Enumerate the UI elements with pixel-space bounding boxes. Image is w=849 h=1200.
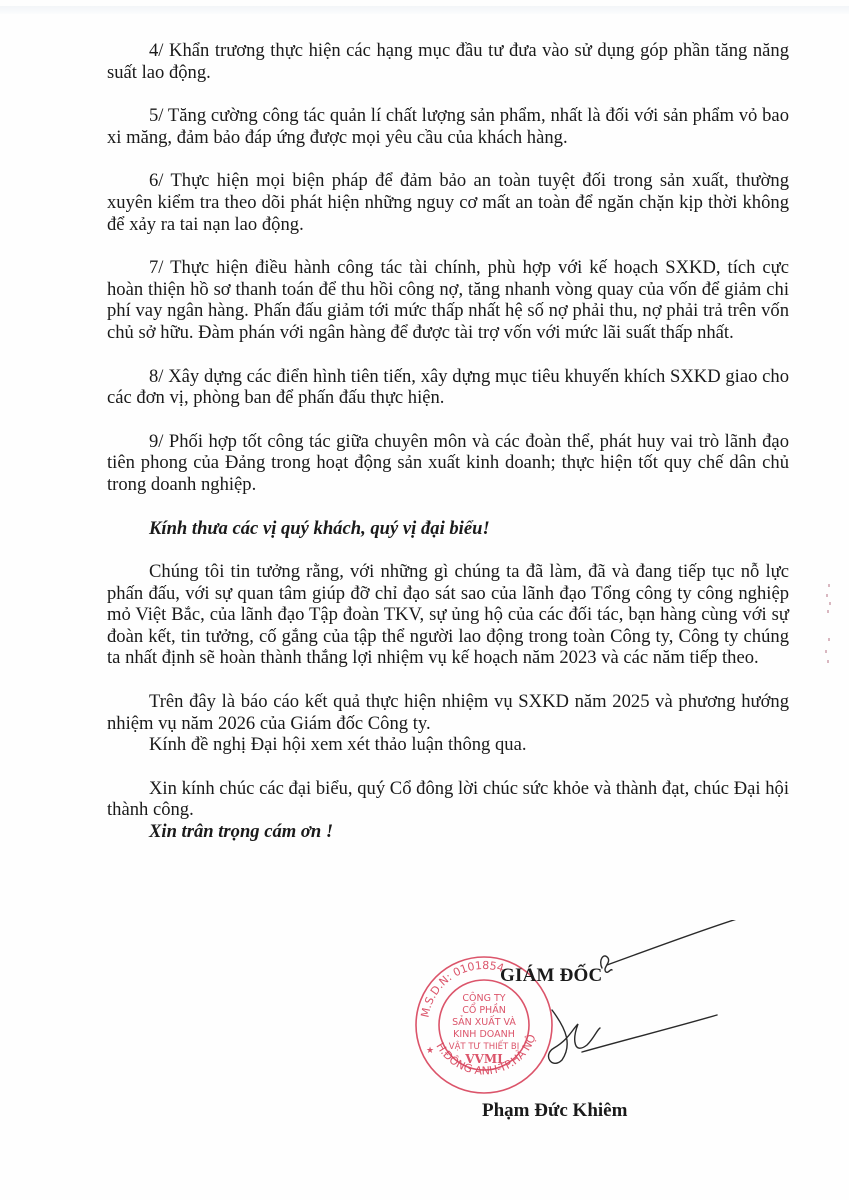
- closing-thanks: Xin trân trọng cám ơn !: [107, 821, 789, 843]
- svg-text:CÔNG TY: CÔNG TY: [462, 992, 505, 1004]
- signature-block: M.S.D.N: 0101854 H.ĐÔNG ANH-TP.HÀ NỘI CÔ…: [412, 945, 732, 1130]
- svg-text:KINH DOANH: KINH DOANH: [453, 1029, 515, 1040]
- scan-edge: [0, 6, 849, 14]
- paragraph-item-9: 9/ Phối hợp tốt công tác giữa chuyên môn…: [107, 431, 789, 496]
- document-body: 4/ Khẩn trương thực hiện các hạng mục đầ…: [107, 40, 789, 843]
- svg-text:VẬT TƯ THIẾT BỊ: VẬT TƯ THIẾT BỊ: [449, 1040, 519, 1052]
- paragraph-item-7: 7/ Thực hiện điều hành công tác tài chín…: [107, 257, 789, 343]
- svg-text:★: ★: [426, 1046, 434, 1056]
- paragraph-item-5: 5/ Tăng cường công tác quản lí chất lượn…: [107, 105, 789, 148]
- handwritten-signature-icon: [512, 920, 742, 1090]
- request-line: Kính đề nghị Đại hội xem xét thảo luận t…: [107, 734, 789, 756]
- wishes-paragraph: Xin kính chúc các đại biểu, quý Cổ đông …: [107, 778, 789, 821]
- paragraph-item-4: 4/ Khẩn trương thực hiện các hạng mục đầ…: [107, 40, 789, 83]
- paragraph-item-6: 6/ Thực hiện mọi biện pháp để đảm bảo an…: [107, 170, 789, 235]
- svg-text:CỔ PHẦN: CỔ PHẦN: [462, 1003, 506, 1016]
- scan-margin-marks: [822, 580, 836, 670]
- signatory-name: Phạm Đức Khiêm: [482, 1100, 627, 1122]
- belief-paragraph: Chúng tôi tin tưởng rằng, với những gì c…: [107, 561, 789, 669]
- svg-text:VVMI: VVMI: [464, 1052, 503, 1066]
- document-page: 4/ Khẩn trương thực hiện các hạng mục đầ…: [0, 0, 849, 1200]
- paragraph-item-8: 8/ Xây dựng các điển hình tiên tiến, xây…: [107, 366, 789, 409]
- summary-paragraph: Trên đây là báo cáo kết quả thực hiện nh…: [107, 691, 789, 734]
- greeting-heading: Kính thưa các vị quý khách, quý vị đại b…: [107, 518, 789, 540]
- svg-text:SẢN XUẤT VÀ: SẢN XUẤT VÀ: [452, 1016, 516, 1028]
